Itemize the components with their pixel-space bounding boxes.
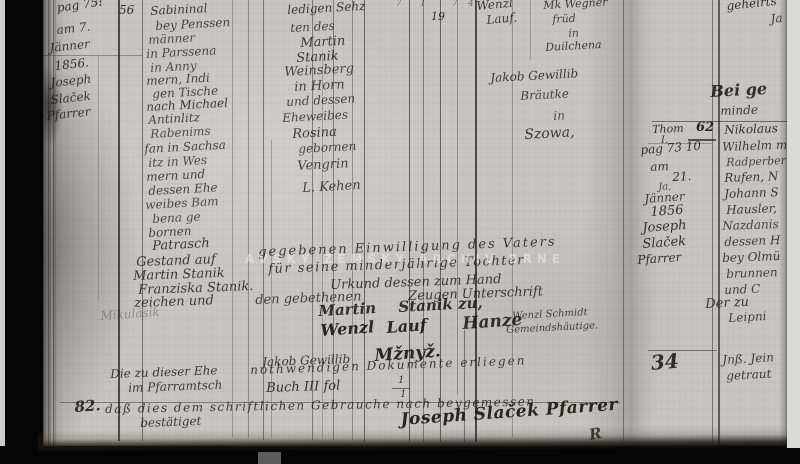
column-rule	[530, 0, 531, 60]
column-rule	[718, 0, 720, 446]
handwriting-text: früd	[552, 13, 576, 25]
column-rule	[232, 0, 233, 438]
handwriting-text: bestätiget	[140, 415, 202, 429]
signature: Martin	[318, 301, 376, 319]
handwriting-text: Wilhelm m	[722, 139, 787, 153]
archive-watermark: AVSKY ZEMSKY ARCHIV BRNE	[245, 252, 555, 266]
handwriting-text: Johann S	[724, 186, 779, 200]
mark: 7	[452, 0, 458, 9]
handwriting-text: Ja	[770, 12, 783, 25]
handwriting-text: Nazdanis	[722, 218, 779, 232]
handwriting-text: minde	[720, 104, 758, 117]
right-tom: Thom	[652, 123, 684, 135]
handwriting-text: Nikolaus	[724, 122, 778, 136]
entry-number-left: 56	[119, 4, 134, 16]
handwriting-text: Pfarrer	[637, 251, 682, 266]
column-rule	[475, 0, 477, 442]
handwriting-text: Patrasch	[152, 237, 210, 253]
column-rule	[712, 0, 713, 446]
mark: 1	[420, 0, 426, 9]
handwriting-text: Martin	[300, 35, 346, 50]
handwriting-text: Szowa,	[524, 125, 575, 142]
column-rule	[248, 0, 249, 438]
handwriting-text: 19	[431, 11, 445, 22]
handwriting-text: bena ge	[152, 210, 201, 225]
mark: 7	[396, 0, 402, 9]
handwriting-text: Bräutke	[520, 87, 569, 102]
handwriting-text: am 7.	[56, 20, 91, 35]
handwriting-text: getraut	[726, 368, 772, 382]
column-rule	[623, 0, 624, 441]
page-bottom-edge	[38, 426, 790, 453]
handwriting-text: Leipni	[728, 310, 767, 324]
handwriting-text: bey Penssen	[155, 16, 230, 32]
handwriting-text: Sabininal	[150, 2, 208, 17]
handwriting-text: Duilchena	[545, 39, 602, 53]
handwriting-text: 1856.	[54, 56, 89, 72]
handwriting-text: Rosina	[292, 126, 337, 141]
scanner-notch	[258, 452, 281, 464]
handwriting-text: und dessen	[286, 92, 355, 108]
handwriting-text: brunnen	[726, 266, 778, 280]
handwriting-text: Buch III fol	[266, 379, 340, 395]
handwriting-text: Jnß. Jein	[722, 351, 774, 366]
handwriting-text: in	[568, 27, 579, 39]
column-rule	[364, 0, 365, 442]
entry-number-right: 62	[696, 121, 714, 134]
scanner-bed-strip-left	[0, 0, 5, 446]
handwriting-text: dessen H	[724, 234, 781, 248]
signature: Wenzl	[320, 319, 375, 339]
handwriting-text: im Pfarramtsch	[128, 379, 223, 394]
signature: Lauf	[386, 317, 427, 336]
handwriting-text: L. Kehen	[302, 179, 361, 195]
handwriting-text: Hausler,	[726, 202, 777, 216]
entry-number-34: 34	[650, 351, 679, 373]
mark: 4	[468, 0, 474, 9]
handwriting-text: 1856	[650, 204, 684, 219]
handwriting-text: in Parssena	[146, 44, 217, 60]
handwriting-text: Slaček	[642, 235, 686, 251]
handwriting-text: Rabenims	[150, 125, 211, 140]
handwriting-text: Bei ge	[710, 81, 767, 100]
column-rule	[423, 0, 424, 442]
handwriting-text: Joseph	[642, 219, 687, 235]
column-rule	[409, 0, 410, 442]
handwriting-text: Der zu	[705, 296, 749, 311]
handwriting-text: ten des	[290, 20, 335, 34]
entry-number-82: 82.	[74, 398, 101, 415]
scanner-bed-strip-right	[787, 0, 800, 448]
handwriting-text: am	[650, 160, 669, 173]
handwriting-text: Radperber	[726, 155, 786, 168]
handwriting-text: gebornen	[298, 140, 357, 155]
handwriting-text: weibes Bam	[145, 195, 219, 211]
scanned-register-page: 31pag 75:56am 7.Jänner1856.JosephSlačekP…	[0, 0, 800, 464]
row-rule	[43, 55, 143, 56]
handwriting-text: 21.	[672, 170, 692, 183]
handwriting-text: in	[553, 109, 565, 122]
handwriting-text: bey Olmü	[722, 250, 781, 264]
column-rule	[457, 0, 458, 395]
handwriting-text: Eheweibes	[282, 109, 348, 124]
handwriting-text: Rufen, N	[724, 170, 779, 184]
signature: Stanik zu,	[398, 296, 483, 315]
column-rule	[512, 0, 513, 438]
fraction: 1	[398, 376, 404, 386]
handwriting-text: Lauf.	[486, 11, 518, 26]
column-rule	[440, 0, 441, 442]
column-rule	[98, 55, 99, 300]
handwriting-text: Vengrin	[297, 157, 349, 173]
